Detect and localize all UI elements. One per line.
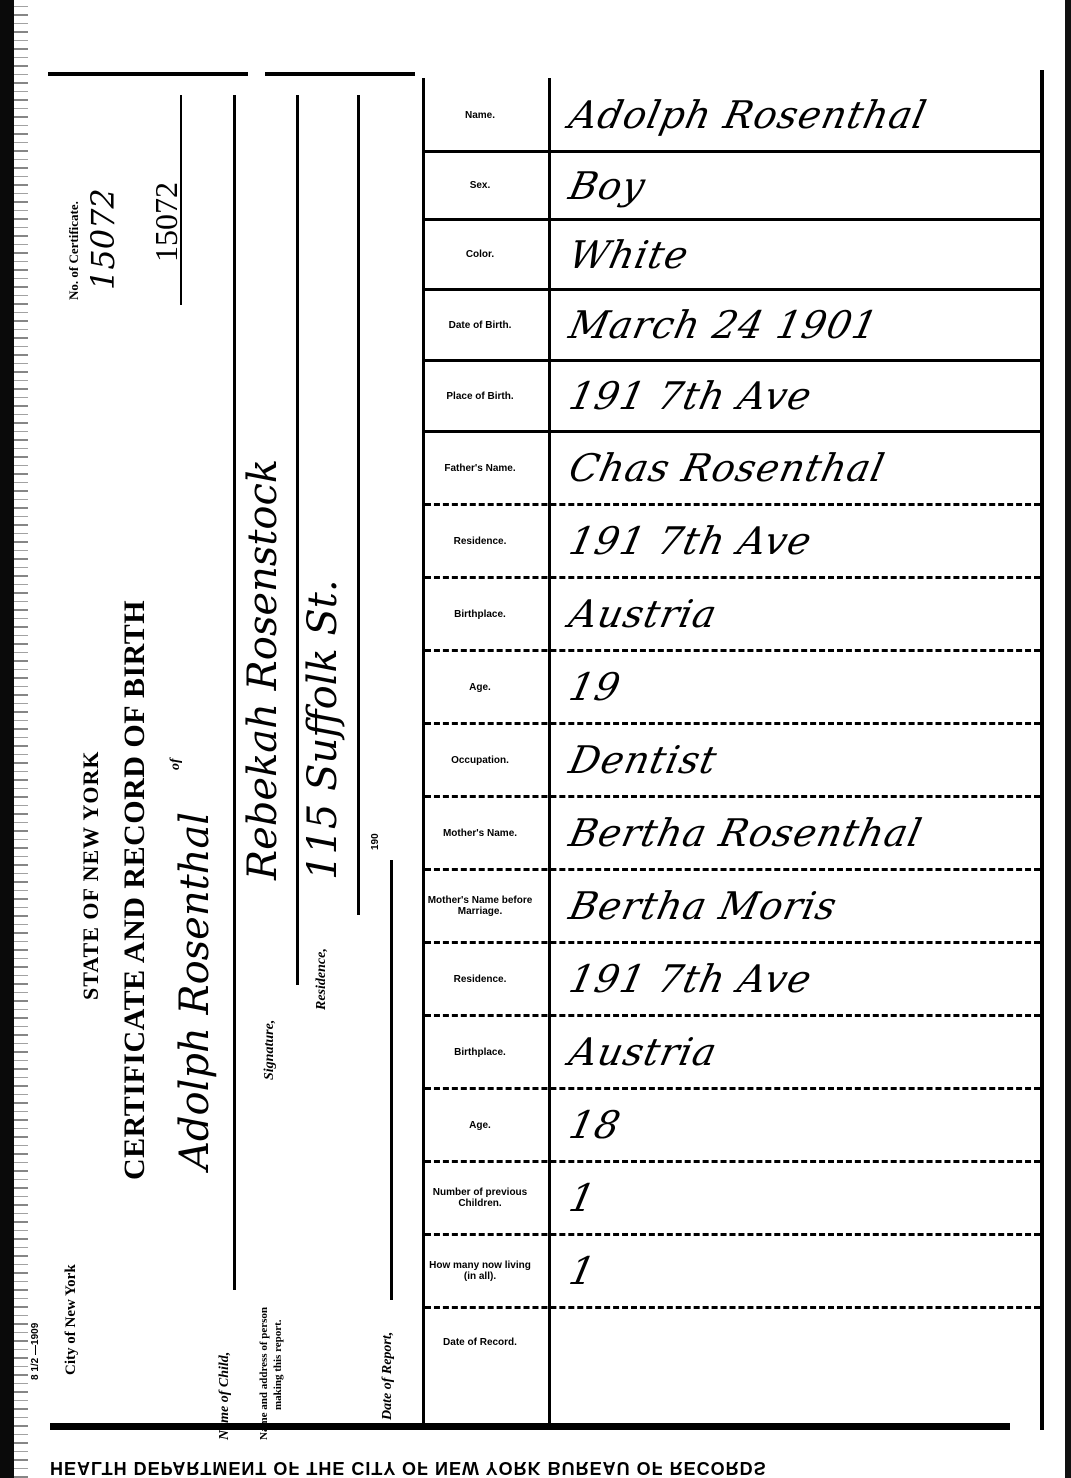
field-row-occupation: Occupation. Dentist xyxy=(425,725,1040,798)
scan-edge-right xyxy=(1065,0,1071,1478)
field-row-mothers-name: Mother's Name. Bertha Rosenthal xyxy=(425,798,1040,871)
field-label: Birthplace. xyxy=(425,1017,535,1087)
field-label: Color. xyxy=(425,221,535,288)
date-of-report-line xyxy=(390,860,393,1300)
field-value: Bertha Moris xyxy=(543,871,1048,941)
field-label: Age. xyxy=(425,652,535,722)
field-row-mother-age: Age. 18 xyxy=(425,1090,1040,1163)
of-word: of xyxy=(168,758,184,770)
form-code: 8 1/2 —1909 xyxy=(30,1323,41,1380)
field-value: White xyxy=(543,221,1047,288)
name-of-child-value: Adolph Rosenthal xyxy=(172,812,218,1170)
certificate-number-handwritten: 15072 xyxy=(84,188,122,290)
signature-value: Rebekah Rosenstock xyxy=(240,459,286,880)
field-value: Boy xyxy=(543,153,1047,218)
scan-edge-left xyxy=(0,0,14,1478)
residence-label: Residence, xyxy=(314,948,330,1010)
scan-noise xyxy=(14,0,28,1478)
top-rule-left xyxy=(48,72,248,76)
field-row-mother-birthplace: Birthplace. Austria xyxy=(425,1017,1040,1090)
field-label: Number of previous Children. xyxy=(425,1163,535,1233)
signature-line xyxy=(296,95,299,985)
field-label: Mother's Name before Marriage. xyxy=(425,871,535,941)
top-rule-middle xyxy=(265,72,415,76)
field-value: Bertha Rosenthal xyxy=(543,798,1048,868)
field-value: 191 7th Ave xyxy=(543,362,1047,430)
bottom-strip-text: HEALTH DEPARTMENT OF THE CITY OF NEW YOR… xyxy=(50,1458,1060,1478)
field-value: Austria xyxy=(543,579,1048,649)
field-value: 18 xyxy=(543,1090,1048,1160)
residence-line xyxy=(357,95,360,915)
city-label: City of New York xyxy=(63,1264,80,1375)
field-value: Chas Rosenthal xyxy=(543,433,1048,503)
field-row-father-residence: Residence. 191 7th Ave xyxy=(425,506,1040,579)
field-row-name: Name. Adolph Rosenthal xyxy=(425,80,1040,153)
field-value: Austria xyxy=(543,1017,1048,1087)
field-row-color: Color. White xyxy=(425,221,1040,291)
field-label: Age. xyxy=(425,1090,535,1160)
certificate-number-label: No. of Certificate. xyxy=(66,201,82,300)
field-value xyxy=(543,1309,1047,1376)
field-value: Dentist xyxy=(543,725,1048,795)
bottom-rule xyxy=(50,1423,1010,1430)
certificate-number-underline xyxy=(180,95,182,305)
field-label: Father's Name. xyxy=(425,433,535,503)
field-label: Date of Birth. xyxy=(425,291,535,359)
field-label: Occupation. xyxy=(425,725,535,795)
field-value: 1 xyxy=(543,1236,1048,1306)
field-label: Sex. xyxy=(425,153,535,218)
field-row-mother-residence: Residence. 191 7th Ave xyxy=(425,944,1040,1017)
date-of-report-label: Date of Report, xyxy=(380,1332,396,1420)
date-of-report-suffix: 190 xyxy=(370,833,381,850)
field-value: 191 7th Ave xyxy=(543,506,1048,576)
field-value: Adolph Rosenthal xyxy=(543,80,1048,150)
name-of-child-line xyxy=(233,95,236,1290)
residence-value: 115 Suffolk St. xyxy=(300,579,346,880)
field-value: 1 xyxy=(543,1163,1048,1233)
field-row-date-of-record: Date of Record. xyxy=(425,1309,1040,1376)
field-row-mothers-maiden-name: Mother's Name before Marriage. Bertha Mo… xyxy=(425,871,1040,944)
field-label: Place of Birth. xyxy=(425,362,535,430)
field-row-fathers-name: Father's Name. Chas Rosenthal xyxy=(425,433,1040,506)
field-row-place-of-birth: Place of Birth. 191 7th Ave xyxy=(425,362,1040,433)
field-row-date-of-birth: Date of Birth. March 24 1901 xyxy=(425,291,1040,362)
field-label: Mother's Name. xyxy=(425,798,535,868)
person-label-2: making this report. xyxy=(272,1319,285,1410)
field-label: Residence. xyxy=(425,506,535,576)
field-label: Date of Record. xyxy=(425,1309,535,1376)
field-label: How many now living (in all). xyxy=(425,1236,535,1306)
field-row-father-birthplace: Birthplace. Austria xyxy=(425,579,1040,652)
field-value: 19 xyxy=(543,652,1048,722)
signature-label: Signature, xyxy=(262,1020,278,1080)
field-row-father-age: Age. 19 xyxy=(425,652,1040,725)
field-label: Birthplace. xyxy=(425,579,535,649)
field-row-sex: Sex. Boy xyxy=(425,153,1040,221)
state-title: STATE OF NEW YORK xyxy=(78,751,104,1000)
main-title: CERTIFICATE AND RECORD OF BIRTH xyxy=(118,600,152,1180)
field-label: Residence. xyxy=(425,944,535,1014)
field-value: March 24 1901 xyxy=(543,291,1047,359)
field-row-previous-children: Number of previous Children. 1 xyxy=(425,1163,1040,1236)
person-label-1: Name and address of person xyxy=(258,1307,271,1440)
field-row-living-children: How many now living (in all). 1 xyxy=(425,1236,1040,1309)
field-value: 191 7th Ave xyxy=(543,944,1048,1014)
field-label: Name. xyxy=(425,80,535,150)
